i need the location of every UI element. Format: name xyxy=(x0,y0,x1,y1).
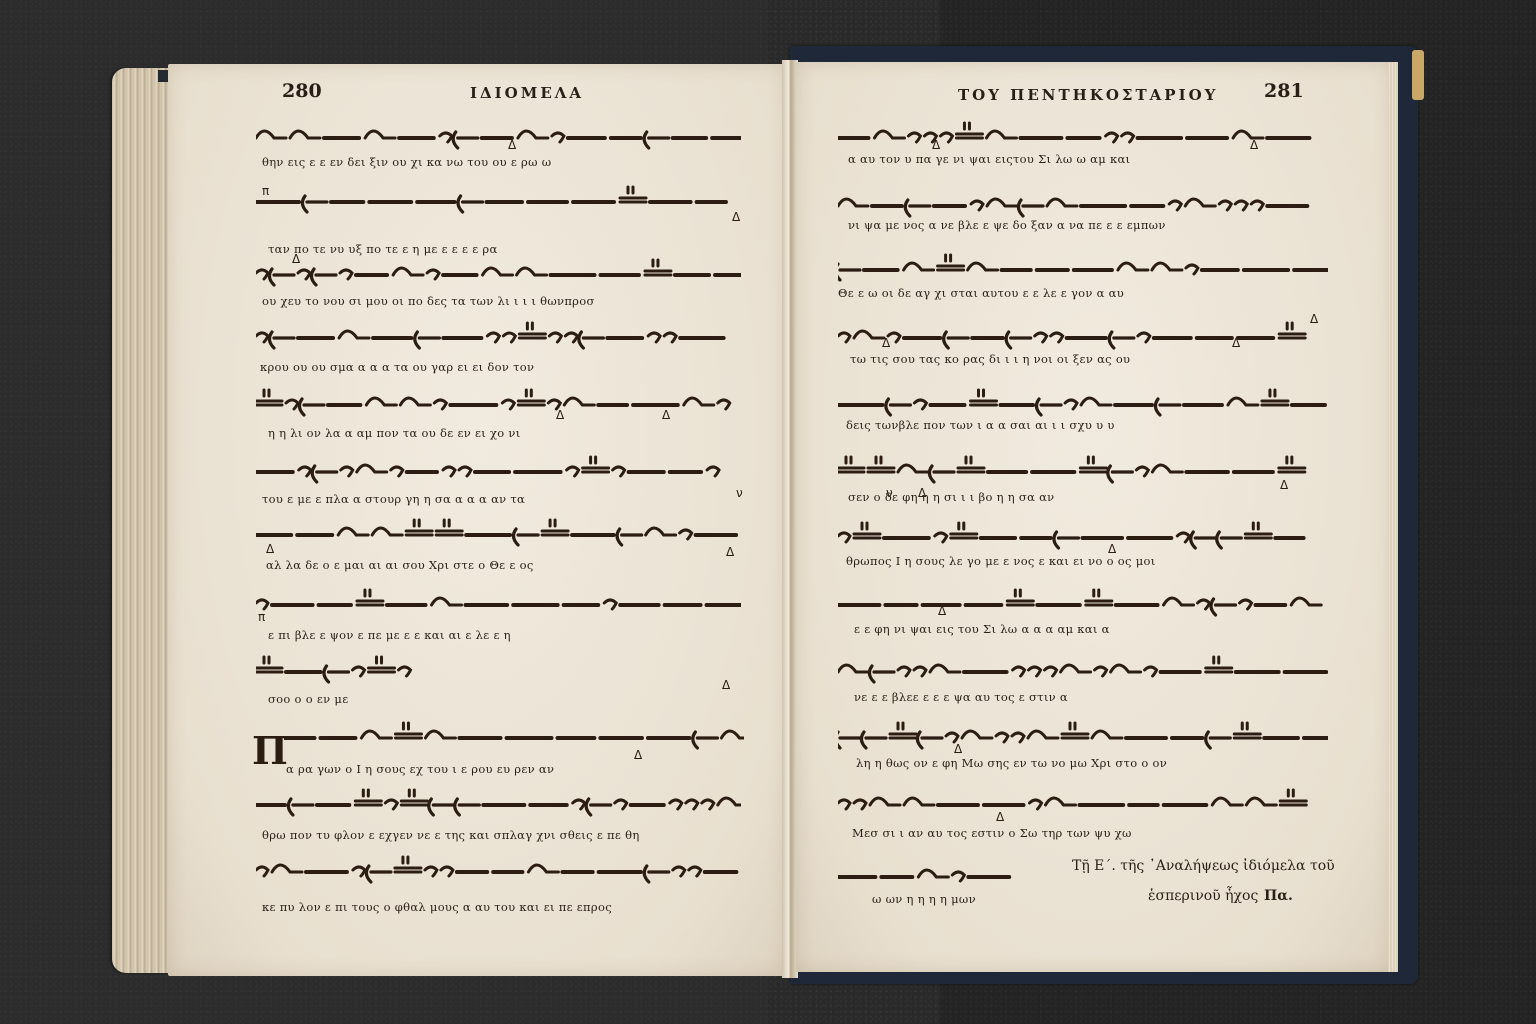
lyric-line: νε ε ε βλεε ε ε ε ψα αυ τος ε στιν α xyxy=(854,690,1068,704)
lyric-line: α ρα γων ο Ι η σους εχ του ι ε ρου ευ ρε… xyxy=(286,762,554,776)
neume-row xyxy=(838,518,1328,548)
right-running-title: ΤΟΥ ΠΕΝΤΗΚΟΣΤΑΡΙΟΥ xyxy=(958,86,1218,104)
lyric-line: ε πι βλε ε ψον ε πε με ε ε και αι ε λε ε… xyxy=(268,628,511,642)
lyric-line: του ε με ε πλα α στουρ γη η σα α α α αν … xyxy=(262,492,525,506)
left-page-number: 280 xyxy=(282,80,322,102)
right-page-number: 281 xyxy=(1264,80,1304,102)
neume-row xyxy=(838,186,1328,216)
neume-row xyxy=(256,318,741,348)
delta-mark: Δ xyxy=(1310,312,1318,326)
neume-row xyxy=(256,852,741,882)
neume-row xyxy=(284,718,744,748)
delta-mark: Δ xyxy=(556,408,564,422)
delta-mark: Δ xyxy=(954,742,962,756)
neume-row xyxy=(256,182,741,212)
pi-mark: π xyxy=(262,184,269,198)
lyric-line: ω ων η η η η μων xyxy=(872,892,976,906)
lyric-line: ου χευ το νου σι μου οι πο δες τα των λι… xyxy=(262,294,595,308)
nu-mark: ν xyxy=(886,486,893,500)
neume-row xyxy=(838,652,1328,682)
lyric-line: σεν ο δε φη η η σι ι ι βο η η σα αν xyxy=(848,490,1054,504)
neume-row xyxy=(838,250,1328,280)
neume-row xyxy=(256,585,741,615)
delta-mark: Δ xyxy=(1108,542,1116,556)
lyric-line: θρωπος Ι η σους λε γο με ε νος ε και ει … xyxy=(846,554,1156,568)
lyric-line: αλ λα δε ο ε μαι αι αι σου Χρι στε ο Θε … xyxy=(266,558,534,572)
delta-mark: Δ xyxy=(1250,138,1258,152)
delta-mark: Δ xyxy=(882,336,890,350)
delta-mark: Δ xyxy=(732,210,740,224)
lyric-line: σοο ο ο εν με xyxy=(268,692,348,706)
delta-mark: Δ xyxy=(932,138,940,152)
lyric-line: α αυ τον υ πα γε νι ψαι ειςτου Σι λω ω α… xyxy=(848,152,1130,166)
neume-row xyxy=(838,385,1328,415)
neume-row xyxy=(256,652,431,682)
rubric-mode: Πα. xyxy=(1264,888,1293,904)
lyric-line: δεις τωνβλε πον των ι α α σαι αι ι ι σχυ… xyxy=(846,418,1115,432)
neume-row xyxy=(256,515,741,545)
lyric-line: νι ψα με νος α νε βλε ε ψε δο ξαν α να π… xyxy=(848,218,1166,232)
page-edge-right xyxy=(1388,62,1398,972)
lyric-line: ε ε φη νι ψαι εις του Σι λω α α α αμ και… xyxy=(854,622,1110,636)
delta-mark: Δ xyxy=(292,252,300,266)
lyric-line: ταν πο τε νυ υξ πο τε ε η με ε ε ε ε ρα xyxy=(268,242,498,256)
lyric-line: Θε ε ω οι δε αγ χι σται αυτου ε ε λε ε γ… xyxy=(838,286,1124,300)
left-running-title: ΙΔΙΟΜΕΛΑ xyxy=(470,84,584,102)
delta-mark: Δ xyxy=(1280,478,1288,492)
lyric-line: θρω πον τυ φλον ε εχγεν νε ε της και σπλ… xyxy=(262,828,640,842)
delta-mark: Δ xyxy=(662,408,670,422)
delta-mark: Δ xyxy=(266,542,274,556)
delta-mark: Δ xyxy=(938,604,946,618)
rubric-mode-label: ἑσπερινοῦ ἦχος xyxy=(1148,888,1258,904)
delta-mark: Δ xyxy=(726,545,734,559)
lyric-line: τω τις σου τας κο ρας δι ι ι η νοι οι ξε… xyxy=(850,352,1130,366)
neume-row xyxy=(838,785,1328,815)
pi-mark: π xyxy=(258,610,265,624)
neume-row xyxy=(256,785,741,815)
delta-mark: Δ xyxy=(508,138,516,152)
lyric-line: κε πυ λον ε πι τους ο φθαλ μους α αυ του… xyxy=(262,900,612,914)
neume-row xyxy=(838,452,1328,482)
delta-mark: Δ xyxy=(1232,336,1240,350)
lyric-line: Μεσ σι ι αν αυ τος εστιν ο Σω τηρ των ψυ… xyxy=(852,826,1132,840)
delta-mark: Δ xyxy=(634,748,642,762)
neume-row xyxy=(256,452,741,482)
lyric-line: η η λι ον λα α αμ πον τα ου δε εν ει χο … xyxy=(268,426,521,440)
lyric-line: θην εις ε ε εν δει ξιν ου χι κα νω του ο… xyxy=(262,155,551,169)
neume-row xyxy=(838,318,1328,348)
delta-mark: Δ xyxy=(918,486,926,500)
neume-row xyxy=(838,585,1328,615)
neume-row xyxy=(838,718,1328,748)
delta-mark: Δ xyxy=(996,810,1004,824)
neume-row xyxy=(838,857,1028,887)
delta-mark: Δ xyxy=(722,678,730,692)
lyric-line: κρου ου ου σμα α α α τα ου γαρ ει ει δον… xyxy=(260,360,534,374)
drop-cap: Π xyxy=(252,732,288,770)
neume-row xyxy=(256,118,741,148)
neume-row xyxy=(256,255,741,285)
rubric-heading: Τῇ Ε΄. τῆς ᾿Αναλήψεως ἰδιόμελα τοῦ xyxy=(1072,858,1335,874)
lyric-line: λη η θως ον ε φη Μω σης εν τω νο μω Χρι … xyxy=(856,756,1167,770)
nu-mark: ν xyxy=(736,486,743,500)
